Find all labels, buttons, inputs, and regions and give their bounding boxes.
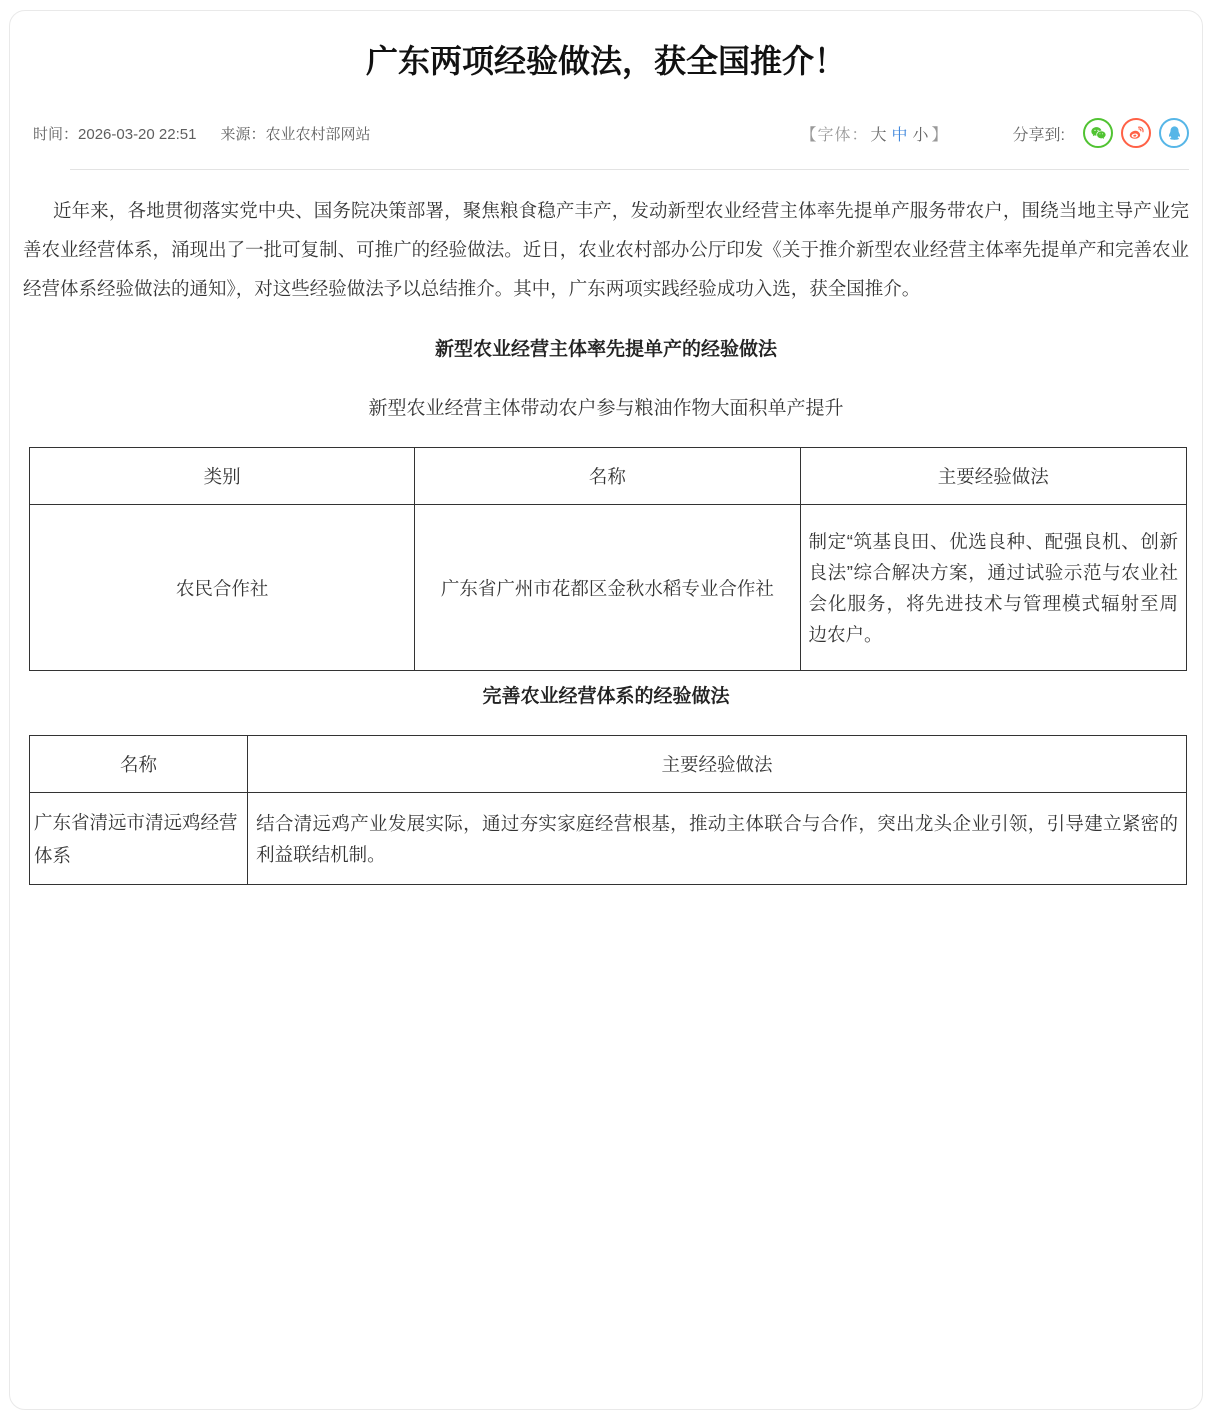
intro-paragraph: 近年来，各地贯彻落实党中央、国务院决策部署，聚焦粮食稳产丰产，发动新型农业经营主… — [23, 191, 1189, 308]
section1-heading: 新型农业经营主体率先提单产的经验做法 — [23, 334, 1189, 361]
article-card: 广东两项经验做法，获全国推介！ 时间：2026-03-20 22:51 来源：农… — [9, 10, 1203, 886]
font-size-small-button[interactable]: 小 — [913, 127, 930, 144]
section2-table: 名称 主要经验做法 广东省清远市清远鸡经营体系 结合清远鸡产业发展实际，通过夯实… — [29, 735, 1187, 885]
time-label: 时间： — [33, 126, 78, 143]
font-size-prefix: 【字体： — [800, 127, 868, 144]
table2-cell-name: 广东省清远市清远鸡经营体系 — [30, 793, 248, 885]
table1-cell-practice: 制定“筑基良田、优选良种、配强良机、创新良法”综合解决方案，通过试验示范与农业社… — [800, 505, 1186, 671]
wechat-icon — [1089, 124, 1108, 143]
table2-row: 广东省清远市清远鸡经营体系 结合清远鸡产业发展实际，通过夯实家庭经营根基，推动主… — [30, 793, 1187, 885]
section1-subheading: 新型农业经营主体带动农户参与粮油作物大面积单产提升 — [23, 393, 1189, 420]
table1-cell-category: 农民合作社 — [30, 505, 415, 671]
qq-icon — [1165, 124, 1184, 143]
qq-share-button[interactable] — [1159, 118, 1189, 148]
table1-header-name: 名称 — [415, 448, 800, 505]
meta-actions: 【字体：大中小】 分享到: — [800, 118, 1189, 148]
weibo-share-button[interactable] — [1121, 118, 1151, 148]
table1-cell-name: 广东省广州市花都区金秋水稻专业合作社 — [415, 505, 800, 671]
table1-row: 农民合作社 广东省广州市花都区金秋水稻专业合作社 制定“筑基良田、优选良种、配强… — [30, 505, 1187, 671]
source-label: 来源： — [220, 126, 265, 143]
section1-table: 类别 名称 主要经验做法 农民合作社 广东省广州市花都区金秋水稻专业合作社 制定… — [29, 447, 1187, 671]
font-size-suffix: 】 — [932, 127, 949, 144]
time-value: 2026-03-20 22:51 — [78, 126, 196, 143]
wechat-share-button[interactable] — [1083, 118, 1113, 148]
publish-time: 时间：2026-03-20 22:51 — [33, 123, 196, 144]
table2-header-name: 名称 — [30, 736, 248, 793]
font-size-medium-button[interactable]: 中 — [892, 127, 909, 144]
font-size-large-button[interactable]: 大 — [870, 127, 887, 144]
meta-info: 时间：2026-03-20 22:51 来源：农业农村部网站 — [33, 123, 370, 144]
font-size-control: 【字体：大中小】 — [800, 122, 948, 145]
table2-header-practice: 主要经验做法 — [248, 736, 1187, 793]
source-value: 农业农村部网站 — [265, 126, 370, 143]
page-title: 广东两项经验做法，获全国推介！ — [23, 41, 1189, 81]
table1-header-practice: 主要经验做法 — [800, 448, 1186, 505]
meta-bar: 时间：2026-03-20 22:51 来源：农业农村部网站 【字体：大中小】 … — [23, 117, 1189, 149]
table1-header-category: 类别 — [30, 448, 415, 505]
section2-heading: 完善农业经营体系的经验做法 — [23, 681, 1189, 708]
weibo-icon — [1127, 124, 1146, 143]
source: 来源：农业农村部网站 — [220, 123, 370, 144]
article-body: 近年来，各地贯彻落实党中央、国务院决策部署，聚焦粮食稳产丰产，发动新型农业经营主… — [23, 191, 1189, 885]
table2-cell-practice: 结合清远鸡产业发展实际，通过夯实家庭经营根基，推动主体联合与合作，突出龙头企业引… — [248, 793, 1187, 885]
share-label: 分享到: — [1013, 122, 1065, 145]
table2-header-row: 名称 主要经验做法 — [30, 736, 1187, 793]
table1-header-row: 类别 名称 主要经验做法 — [30, 448, 1187, 505]
header-divider — [70, 169, 1189, 170]
